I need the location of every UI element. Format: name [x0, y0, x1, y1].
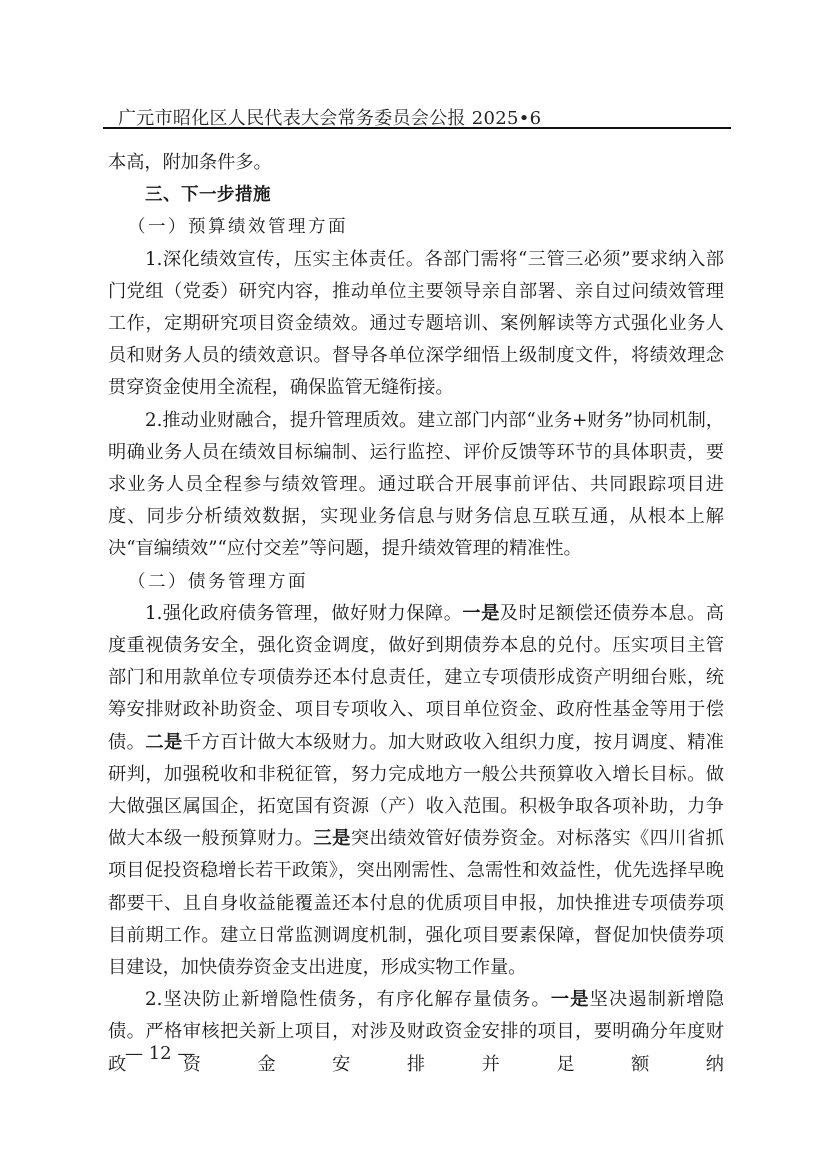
- paragraph-debt-1-part3: 突出绩效管好债券资金。对标落实《四川省抓项目促投资稳增长若干政策》，突出刚需性、…: [108, 828, 724, 978]
- bold-marker-first: 一是: [551, 989, 590, 1010]
- subsection-heading-budget-performance: （一）预算绩效管理方面: [108, 211, 724, 243]
- carryover-text: 本高，附加条件多。: [108, 147, 724, 179]
- bold-marker-first: 一是: [462, 603, 499, 624]
- subsection-heading-debt-management: （二）债务管理方面: [108, 566, 724, 598]
- bold-marker-third: 三是: [313, 828, 350, 849]
- page-number: — 12 —: [125, 1043, 195, 1064]
- paragraph-debt-2: 2.坚决防止新增隐性债务，有序化解存量债务。一是坚决遏制新增隐债。严格审核把关新…: [108, 984, 724, 1081]
- section-heading-next-steps: 三、下一步措施: [108, 179, 724, 211]
- header-rule-divider: [103, 127, 731, 129]
- paragraph-debt-1-lead: 1.强化政府债务管理，做好财力保障。: [145, 603, 462, 624]
- paragraph-budget-2: 2.推动业财融合，提升管理质效。建立部门内部“业务+财务”协同机制，明确业务人员…: [108, 405, 724, 566]
- document-body: 本高，附加条件多。 三、下一步措施 （一）预算绩效管理方面 1.深化绩效宣传，压…: [108, 147, 724, 1081]
- paragraph-debt-2-lead: 2.坚决防止新增隐性债务，有序化解存量债务。: [145, 989, 551, 1010]
- paragraph-budget-1: 1.深化绩效宣传，压实主体责任。各部门需将“三管三必须”要求纳入部门党组（党委）…: [108, 244, 724, 405]
- paragraph-debt-1: 1.强化政府债务管理，做好财力保障。一是及时足额偿还债券本息。高度重视债务安全，…: [108, 598, 724, 984]
- paragraph-debt-1-part1: 及时足额偿还债券本息。高度重视债务安全，强化资金调度，做好到期债券本息的兑付。压…: [108, 603, 724, 753]
- bold-marker-second: 二是: [145, 732, 182, 753]
